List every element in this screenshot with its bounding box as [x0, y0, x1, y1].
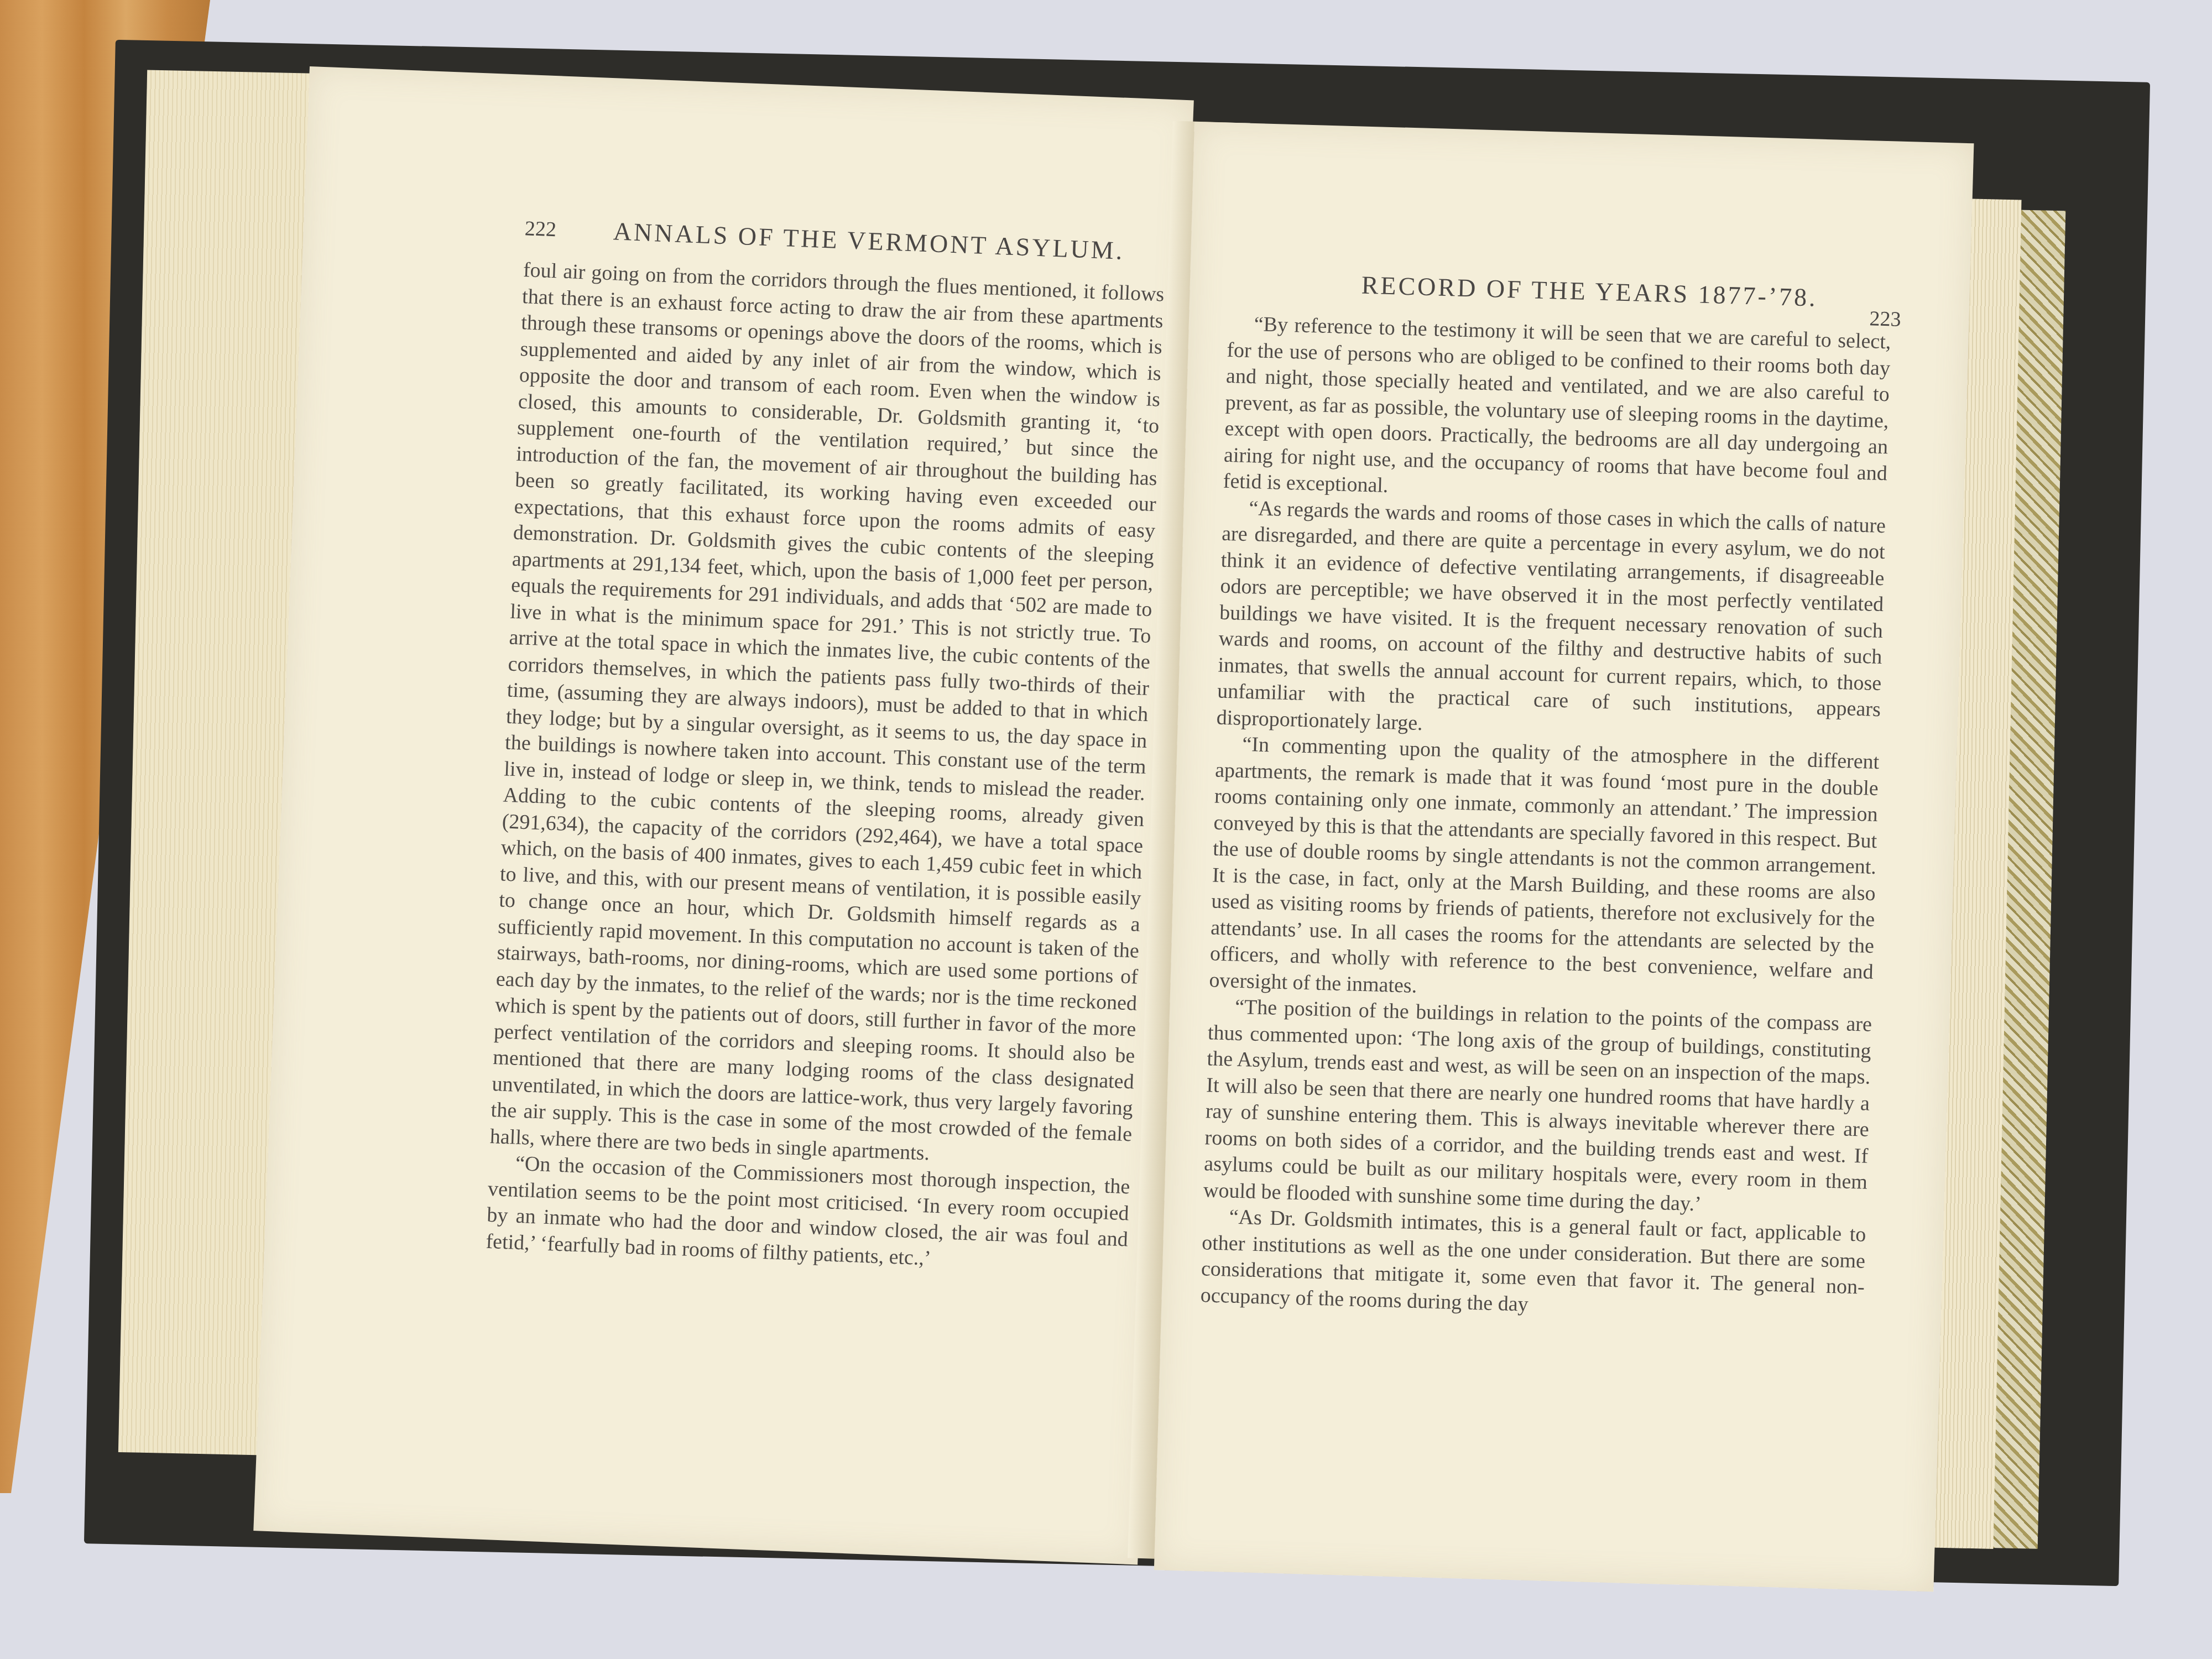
running-head: RECORD OF THE YEARS 1877-’78.	[1361, 270, 1818, 312]
paragraph: foul air going on from the corridors thr…	[489, 257, 1165, 1174]
running-head: ANNALS OF THE VERMONT ASYLUM.	[613, 216, 1125, 265]
paragraph: “By reference to the testimony it will b…	[1223, 311, 1891, 513]
paragraph: “The position of the buildings in relati…	[1203, 993, 1872, 1222]
page-body: “By reference to the testimony it will b…	[1200, 311, 1891, 1327]
left-page: 222 ANNALS OF THE VERMONT ASYLUM. foul a…	[253, 66, 1194, 1564]
paragraph: “As regards the wards and rooms of those…	[1216, 494, 1886, 749]
page-number: 223	[1869, 306, 1901, 332]
page-number: 222	[524, 216, 557, 242]
paragraph: “In commenting upon the quality of the a…	[1209, 731, 1880, 1012]
right-page: RECORD OF THE YEARS 1877-’78. 223 “By re…	[1154, 122, 1974, 1592]
page-body: foul air going on from the corridors thr…	[486, 257, 1165, 1279]
paragraph: “As Dr. Goldsmith intimates, this is a g…	[1200, 1203, 1866, 1327]
